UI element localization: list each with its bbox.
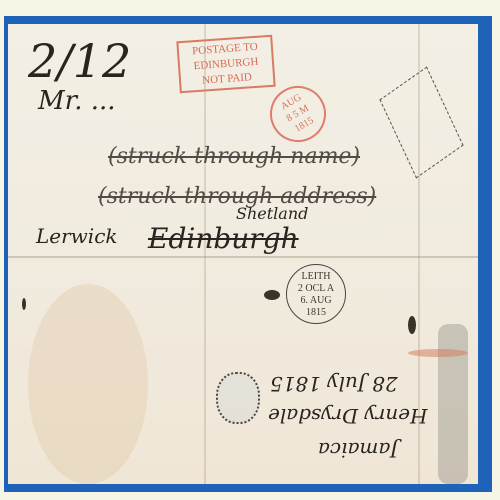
postage-not-paid-handstamp: POSTAGE TO EDINBURGH NOT PAID <box>176 35 275 94</box>
wax-seal-remnant <box>216 372 260 424</box>
address-line-1: Mr. ... <box>38 86 116 116</box>
black-framed-handstamp <box>379 66 463 178</box>
redirect-shetland: Shetland <box>236 204 308 223</box>
red-smudge <box>408 349 468 357</box>
redirect-lerwick: Lerwick <box>36 224 118 248</box>
red-datestamp: AUG 8 5 M 1815 <box>260 76 336 152</box>
ink-blot <box>408 316 416 334</box>
docket-date: 28 July 1815 <box>270 372 398 396</box>
docket-place: Jamaica <box>318 438 398 462</box>
letter-sheet: 2/12 Mr. ... (struck-through name) (stru… <box>8 24 478 484</box>
stamp-line: 2 OCL A <box>287 283 345 295</box>
stamp-line: LEITH <box>287 271 345 283</box>
ink-blot <box>22 298 26 310</box>
leith-datestamp: LEITH 2 OCL A 6. AUG 1815 <box>286 264 346 324</box>
stamp-line: 6. AUG <box>287 295 345 307</box>
destination-edinburgh: Edinburgh <box>148 222 299 255</box>
rate-marking: 2/12 <box>28 34 131 88</box>
docket-name: Henry Drysdale <box>268 404 428 428</box>
ink-blot <box>264 290 280 300</box>
struck-name: (struck-through name) <box>108 144 360 169</box>
fold-line-horizontal <box>8 256 478 258</box>
water-stain <box>28 284 148 484</box>
edge-soiling <box>438 324 468 484</box>
stamp-line: 1815 <box>287 307 345 319</box>
